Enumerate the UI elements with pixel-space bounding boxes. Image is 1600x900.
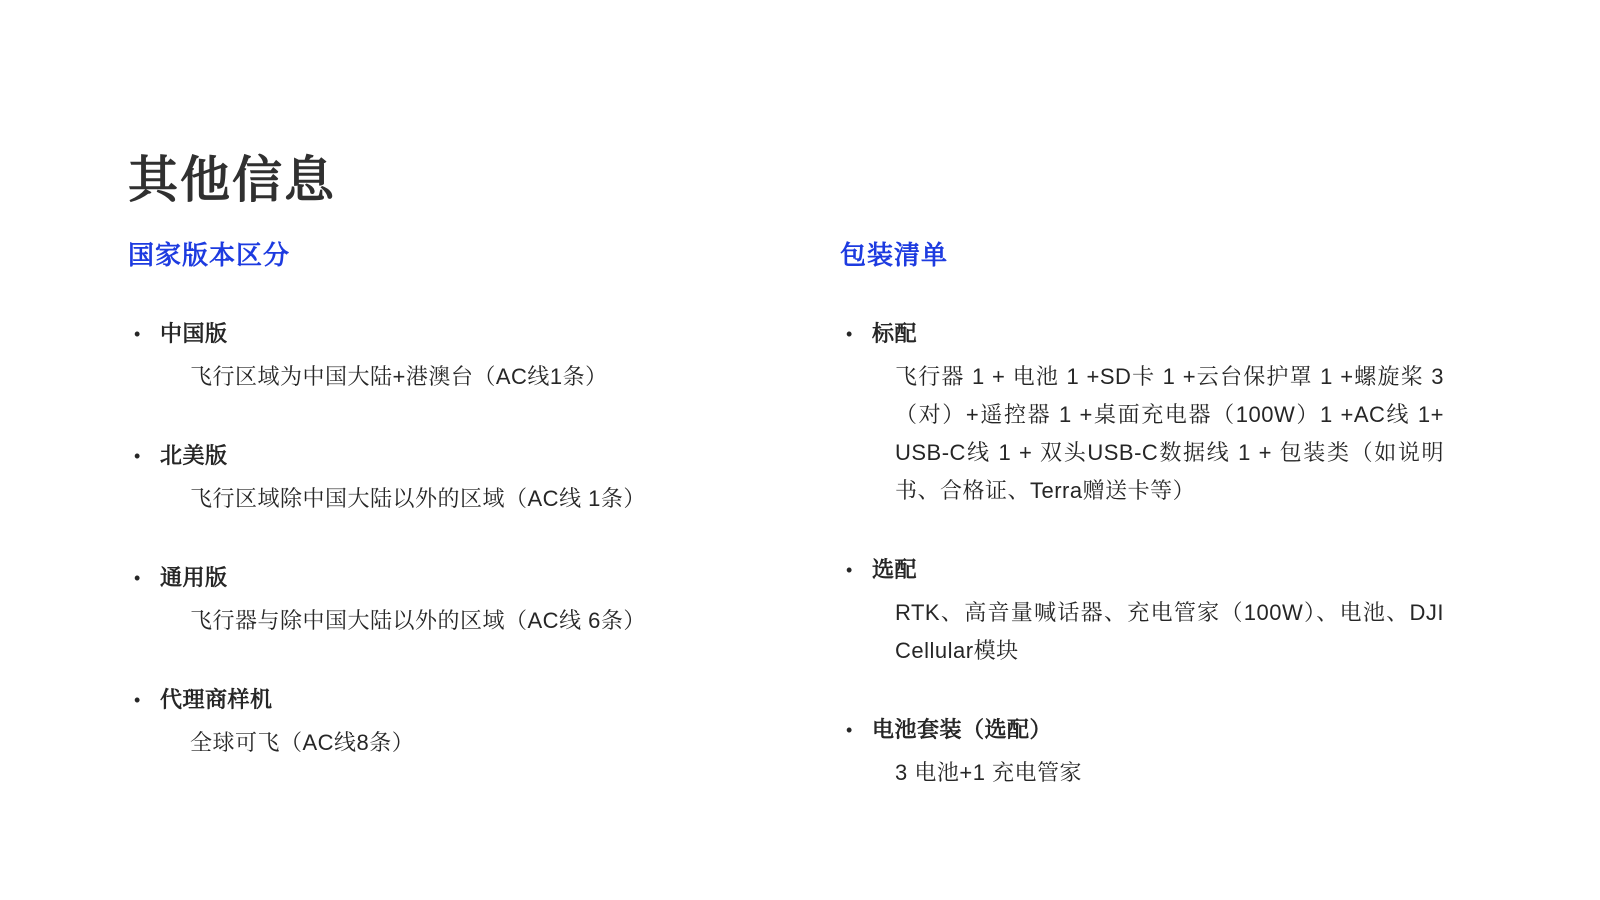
item-description: RTK、高音量喊话器、充电管家（100W）、电池、DJI Cellular模块 [895, 594, 1444, 670]
list-item-head: • 电池套装（选配） [840, 714, 1444, 746]
bullet-icon: • [840, 714, 872, 746]
bullet-icon: • [128, 562, 160, 594]
list-item-head: • 北美版 [128, 440, 748, 472]
list-item: • 电池套装（选配） 3 电池+1 充电管家 [840, 714, 1444, 792]
item-label: 代理商样机 [160, 684, 273, 716]
list-item-head: • 代理商样机 [128, 684, 748, 716]
list-item: • 中国版 飞行区域为中国大陆+港澳台（AC线1条） [128, 318, 748, 396]
list-item: • 北美版 飞行区域除中国大陆以外的区域（AC线 1条） [128, 440, 748, 518]
slide: 其他信息 国家版本区分 • 中国版 飞行区域为中国大陆+港澳台（AC线1条） •… [0, 0, 1600, 900]
item-description: 3 电池+1 充电管家 [895, 754, 1444, 792]
section-country-versions: 国家版本区分 • 中国版 飞行区域为中国大陆+港澳台（AC线1条） • 北美版 … [128, 238, 748, 836]
bullet-icon: • [840, 318, 872, 350]
section-heading-packing-list: 包装清单 [840, 238, 1444, 272]
bullet-icon: • [128, 684, 160, 716]
section-packing-list: 包装清单 • 标配 飞行器 1 + 电池 1 +SD卡 1 +云台保护罩 1 +… [840, 238, 1444, 836]
item-description: 全球可飞（AC线8条） [190, 724, 748, 762]
list-item: • 通用版 飞行器与除中国大陆以外的区域（AC线 6条） [128, 562, 748, 640]
item-description: 飞行区域为中国大陆+港澳台（AC线1条） [190, 358, 748, 396]
list-item: • 代理商样机 全球可飞（AC线8条） [128, 684, 748, 762]
content-columns: 国家版本区分 • 中国版 飞行区域为中国大陆+港澳台（AC线1条） • 北美版 … [128, 238, 1444, 836]
item-description: 飞行器 1 + 电池 1 +SD卡 1 +云台保护罩 1 +螺旋桨 3 （对）+… [895, 358, 1444, 510]
list-item-head: • 选配 [840, 554, 1444, 586]
item-description: 飞行器与除中国大陆以外的区域（AC线 6条） [190, 602, 748, 640]
item-description: 飞行区域除中国大陆以外的区域（AC线 1条） [190, 480, 748, 518]
item-label: 电池套装（选配） [872, 714, 1052, 746]
item-label: 选配 [872, 554, 917, 586]
list-item: • 选配 RTK、高音量喊话器、充电管家（100W）、电池、DJI Cellul… [840, 554, 1444, 670]
list-item-head: • 通用版 [128, 562, 748, 594]
page-title: 其他信息 [128, 150, 336, 210]
list-item: • 标配 飞行器 1 + 电池 1 +SD卡 1 +云台保护罩 1 +螺旋桨 3… [840, 318, 1444, 510]
item-label: 标配 [872, 318, 917, 350]
item-label: 中国版 [160, 318, 228, 350]
list-item-head: • 中国版 [128, 318, 748, 350]
bullet-icon: • [840, 554, 872, 586]
bullet-icon: • [128, 440, 160, 472]
list-item-head: • 标配 [840, 318, 1444, 350]
item-label: 通用版 [160, 562, 228, 594]
bullet-icon: • [128, 318, 160, 350]
section-heading-country-versions: 国家版本区分 [128, 238, 748, 272]
item-label: 北美版 [160, 440, 228, 472]
